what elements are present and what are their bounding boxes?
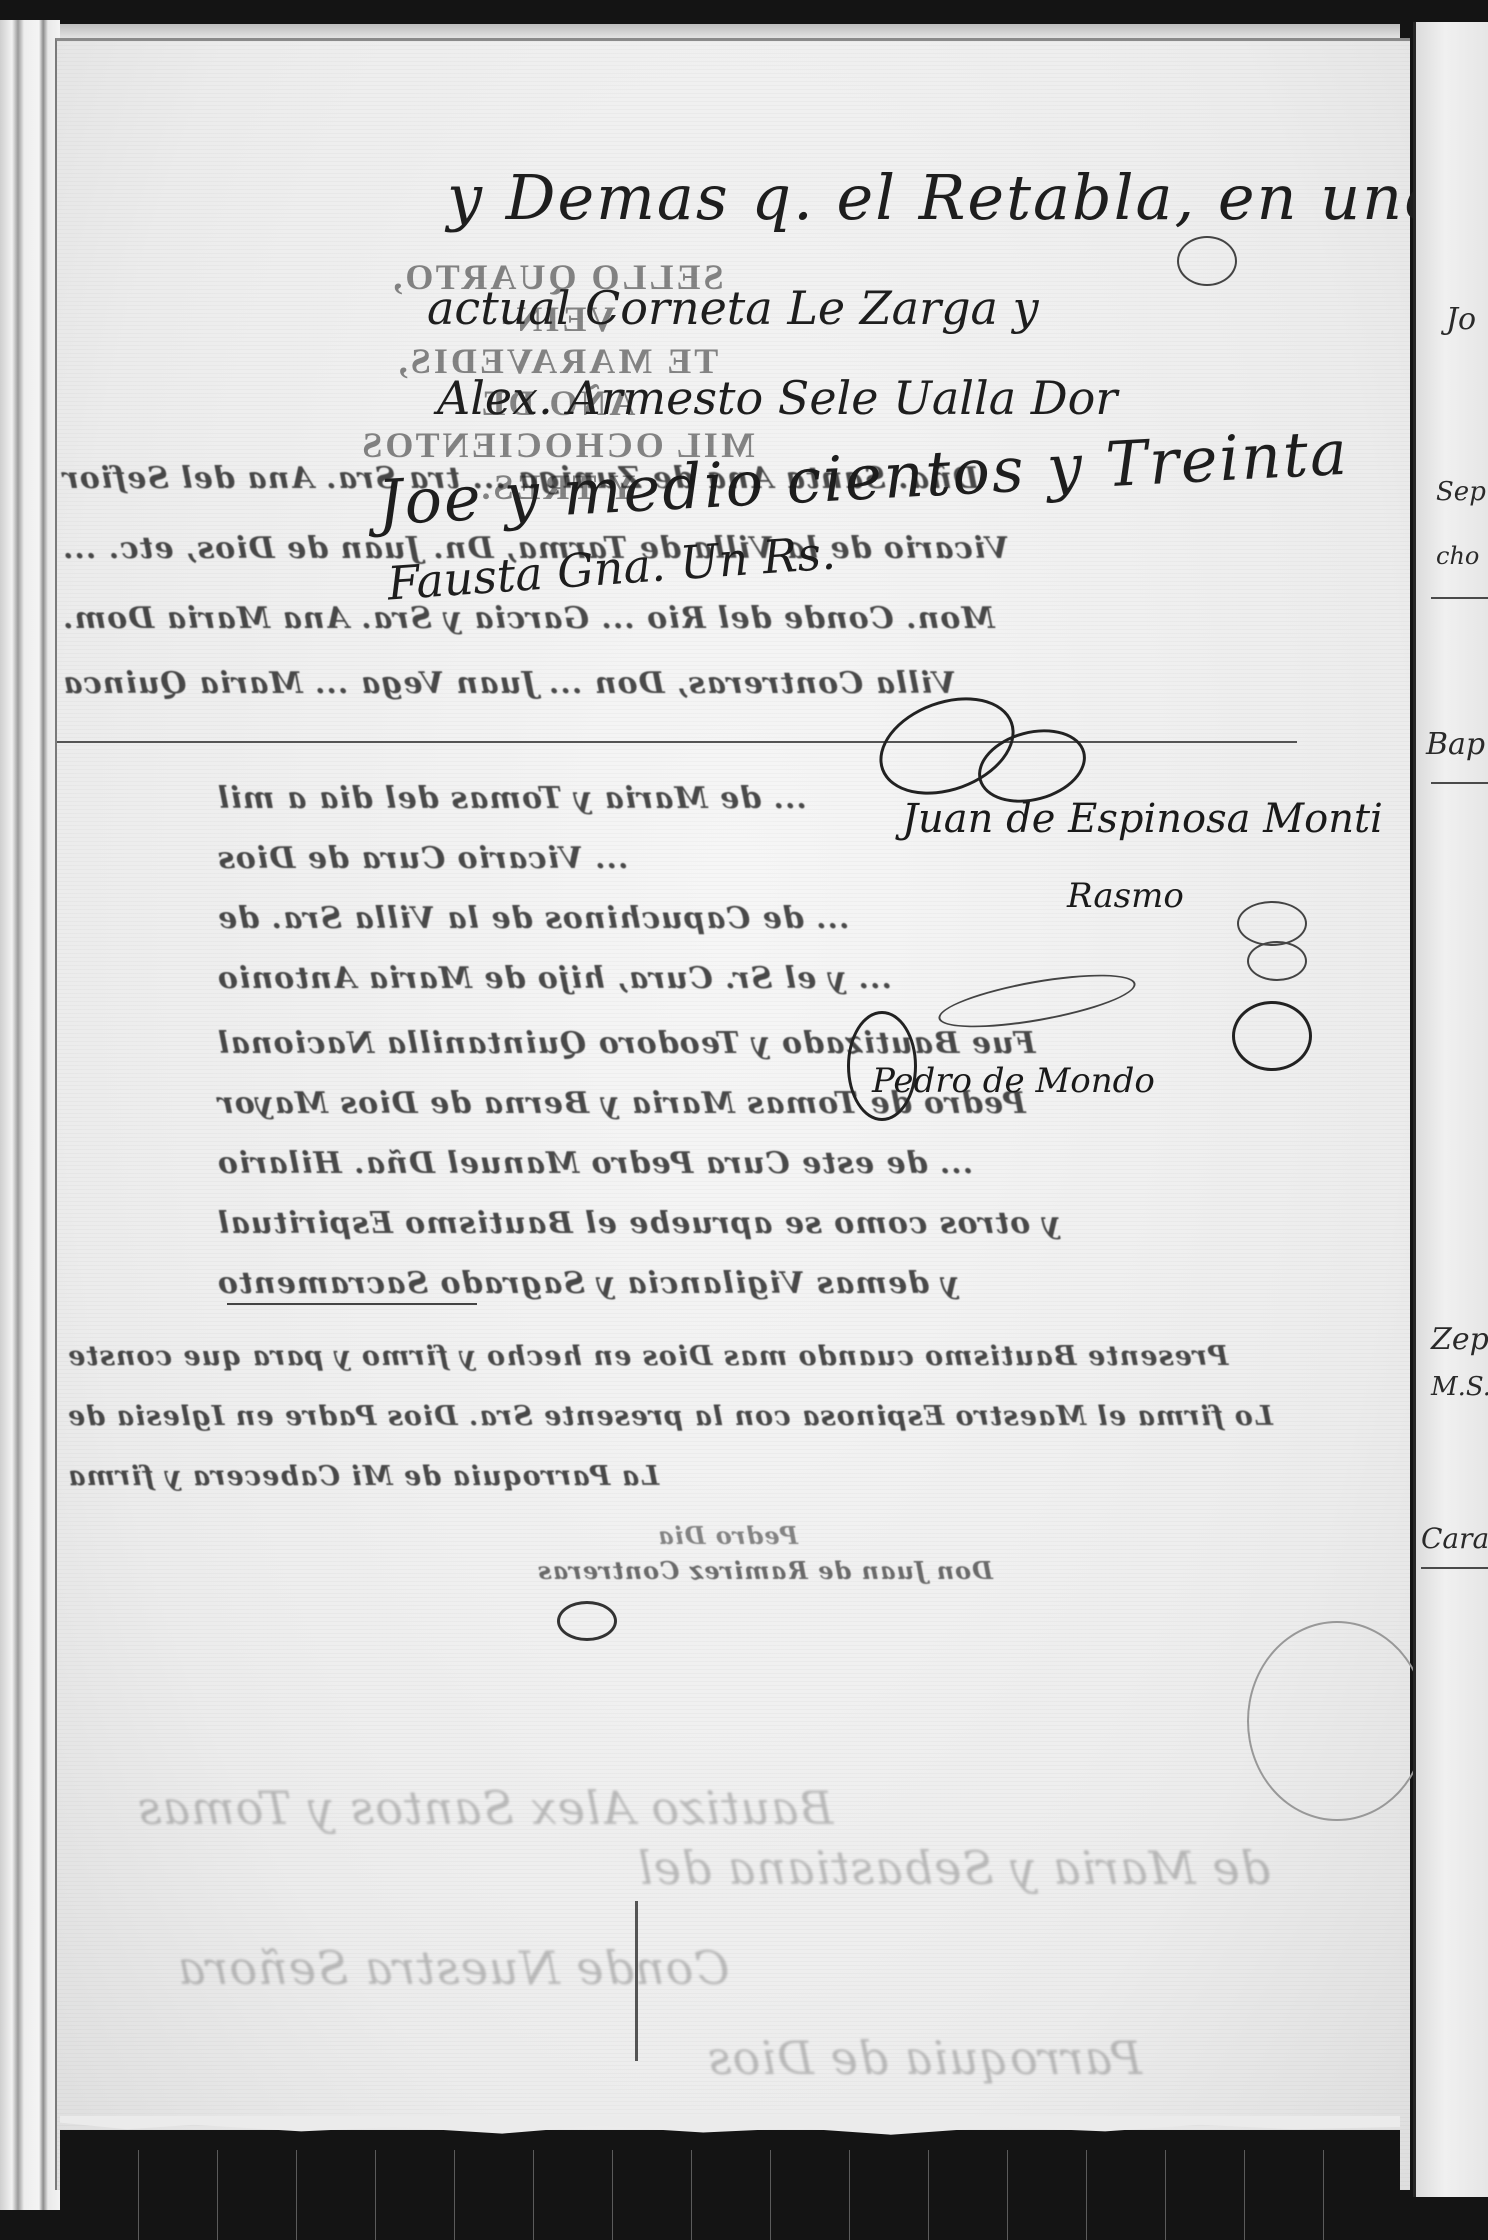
signature-3: Rasmo: [1067, 876, 1184, 916]
bleed-line: Mon. Conde del Rio ... Garcia y Sra. Ana…: [62, 601, 995, 636]
margin-divider: [1431, 597, 1488, 599]
signature-flourish: [847, 1011, 917, 1121]
bleed-line: ... Vicario Cura de Dios: [217, 841, 628, 876]
bleed-line: ... y el Sr. Cura, hijo de Maria Antonio: [217, 961, 892, 996]
bleed-line: ... de este Cura Pedro Manuel Dña. Hilar…: [217, 1146, 973, 1181]
signature-flourish: [1232, 1001, 1312, 1071]
short-dash-rule: [227, 1303, 477, 1305]
faint-bleed-line: Parroquia de Dios: [707, 2031, 1142, 2085]
adjacent-page-edge: Jo Sep cho Bap Zepu M.S. Cara: [1413, 22, 1488, 2197]
faint-bleed-line: de Maria y Sebastiana del: [637, 1841, 1270, 1895]
bleed-line: Lo firma el Maestro Espinosa con la pres…: [67, 1401, 1273, 1432]
margin-note: Jo: [1446, 302, 1476, 337]
ink-stroke: [635, 1901, 638, 2061]
signature-flourish: [935, 964, 1139, 1038]
faint-bleed-line: Conde Nuestra Señora: [177, 1941, 730, 1995]
margin-divider: [1421, 1567, 1488, 1569]
bleed-line: Don Juan de Ramirez Contreras: [537, 1556, 993, 1585]
margin-note: Cara: [1421, 1522, 1488, 1555]
signature-flourish: [1237, 901, 1307, 946]
margin-note: cho: [1436, 542, 1479, 570]
margin-note: Zepu: [1431, 1322, 1488, 1357]
binding-edge: [0, 20, 60, 2210]
manuscript-page: SELLO QUARTO, VEIN- TE MARAVEDIS, AÑO DE…: [55, 38, 1410, 2190]
faint-bleed-line: Bautizo Alex Santos y Tomas: [137, 1781, 833, 1835]
bleed-line: y otros como se apruebe el Bautismo Espi…: [217, 1206, 1060, 1241]
handwritten-line-2: actual Corneta Le Zarga y: [427, 281, 1039, 335]
bleed-line: Pedro Dia: [657, 1521, 798, 1550]
margin-note: Bap: [1426, 727, 1485, 762]
margin-note: M.S.: [1431, 1372, 1488, 1402]
bleed-line: ... de Capuchinos de la Villa Sra. de: [217, 901, 850, 936]
rubric-mark: [557, 1601, 617, 1641]
scanner-bed-grid: [60, 2150, 1400, 2240]
bleed-line: La Parroquia de Mi Cabecera y firma: [67, 1461, 659, 1492]
handwritten-line-1: y Demas q. el Retabla, en uno: [447, 161, 1443, 234]
signature-1: Juan de Espinosa Monti: [902, 796, 1383, 842]
faint-flourish: [1247, 1621, 1427, 1821]
bleed-line: Dña. Santa Ana de Zuniga ... tra Sra. An…: [62, 461, 979, 496]
bleed-line: Vicario de la Villa de Tarma, Dn. Juan d…: [62, 531, 1009, 566]
scanned-manuscript: SELLO QUARTO, VEIN- TE MARAVEDIS, AÑO DE…: [0, 0, 1488, 2240]
header-flourish: [1177, 236, 1237, 286]
bleed-line: y demas Vigilancia y Sagrado Sacramento: [217, 1266, 959, 1301]
bleed-line: ... de Maria y Tomas del dia a mil: [217, 781, 807, 816]
margin-note: Sep: [1436, 477, 1486, 507]
bleed-line: Villa Contreras, Don ... Juan Vega ... M…: [62, 666, 956, 701]
section-divider: [57, 741, 1297, 743]
handwritten-line-3: Alex. Armesto Sele Ualla Dor: [437, 371, 1117, 425]
bleed-line: Presente Bautismo cuando mas Dios en hec…: [67, 1341, 1228, 1372]
signature-flourish: [1247, 941, 1307, 981]
margin-divider: [1431, 782, 1488, 784]
